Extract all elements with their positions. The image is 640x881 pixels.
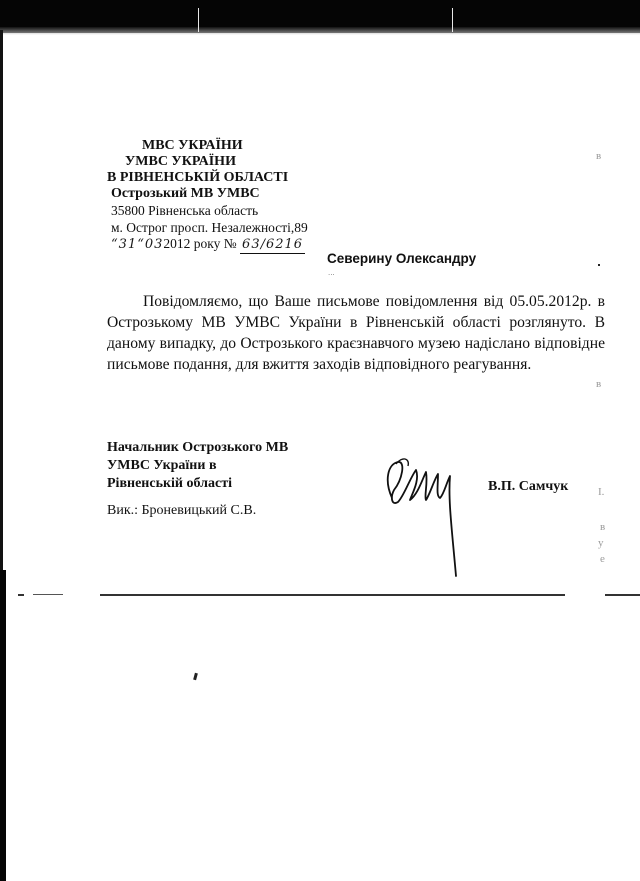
letter-body: Повідомляємо, що Ваше письмове повідомле… [107,291,605,375]
letterhead-department: УМВС УКРАЇНИ [107,154,367,170]
letterhead: МВС УКРАЇНИ УМВС УКРАЇНИ В РІВНЕНСЬКІЙ О… [107,138,367,254]
fold-line [605,594,640,596]
signoff-position: Начальник Острозького МВ УМВС України в … [107,439,337,493]
scan-tick-mark [198,8,199,32]
bleed-through-mark: в [596,150,601,162]
registration-number-handwritten: 63/6216 [240,237,305,254]
signer-name: В.П. Самчук [488,479,568,495]
address-postal: 35800 Рівненська область [107,202,367,219]
fold-line [18,594,24,596]
scan-left-border-lower [0,570,6,881]
scan-tick-mark [452,8,453,32]
bleed-through-mark: в [600,521,605,533]
signoff-line: Рівненській області [107,475,337,493]
ink-speck [193,673,198,681]
executor: Вик.: Броневицький С.В. [107,503,256,519]
date-month-handwritten: 03 [145,237,164,252]
bleed-through-mark: е [600,553,605,565]
bleed-through-mark: в [596,378,601,390]
fold-line [33,594,63,595]
addressee: Северину Олександру [327,251,476,266]
date-day-handwritten: “31“ [111,237,145,252]
signoff-line: Начальник Острозького МВ [107,439,337,457]
handwritten-signature-icon [380,450,480,580]
number-label: № [224,236,237,251]
bleed-through-mark: І. [598,486,604,498]
scan-top-edge-shadow [0,27,640,35]
letterhead-office: Острозький МВ УМВС [107,186,367,202]
fold-line [100,594,565,596]
letterhead-region: В РІВНЕНСЬКІЙ ОБЛАСТІ [107,170,367,186]
bleed-through-mark: у [598,537,604,549]
address-street: м. Острог просп. Незалежності,89 [107,219,367,236]
letterhead-ministry: МВС УКРАЇНИ [107,138,367,154]
addressee-mark: ... [328,268,335,277]
signoff-line: УМВС України в [107,457,337,475]
date-year: 2012 року [163,236,220,251]
ink-speck [598,264,600,266]
